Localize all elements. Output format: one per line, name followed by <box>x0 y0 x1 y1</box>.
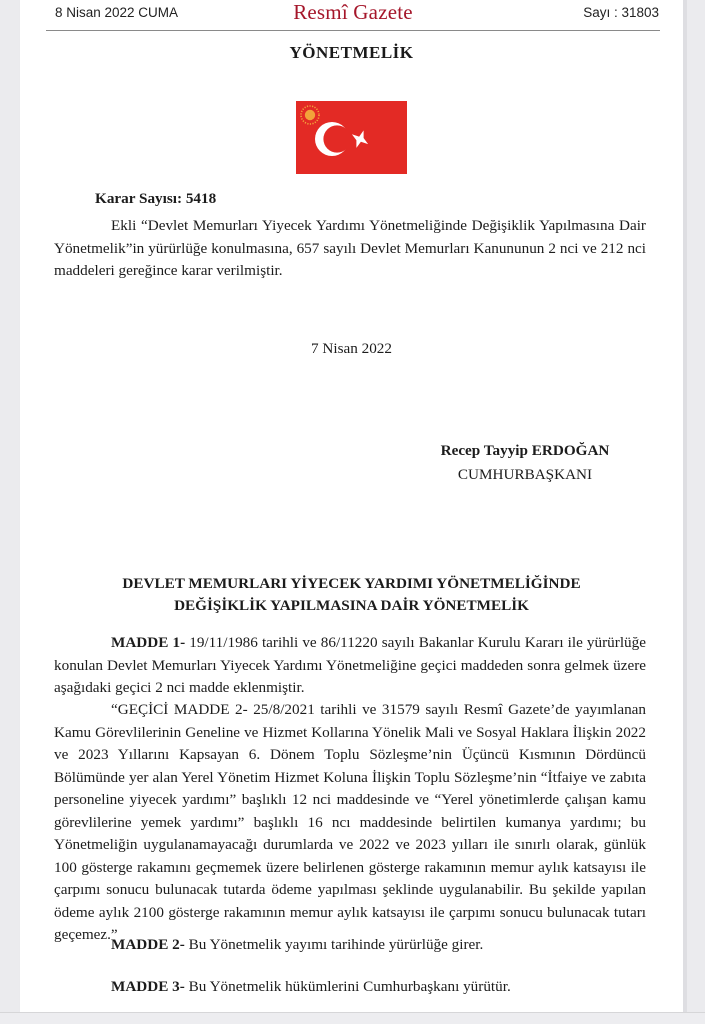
article-3-label: MADDE 3- <box>111 978 185 995</box>
regulation-title-line-2: DEĞİŞİKLİK YAPILMASINA DAİR YÖNETMELİK <box>20 595 683 618</box>
page-right-edge <box>683 0 687 1012</box>
article-3-text: Bu Yönetmelik hükümlerini Cumhurbaşkanı … <box>185 978 511 995</box>
decision-number: Karar Sayısı: 5418 <box>95 188 395 211</box>
signatory-title: CUMHURBAŞKANI <box>420 464 630 487</box>
article-1-label: MADDE 1- <box>111 634 185 651</box>
signatory-name: Recep Tayyip ERDOĞAN <box>420 440 630 463</box>
article-1: MADDE 1- 19/11/1986 tarihli ve 86/11220 … <box>54 632 646 700</box>
article-2-label: MADDE 2- <box>111 936 185 953</box>
document-type-heading: YÖNETMELİK <box>20 43 683 63</box>
gazette-title: Resmî Gazete <box>46 0 660 25</box>
article-2: MADDE 2- Bu Yönetmelik yayımı tarihinde … <box>54 934 646 957</box>
gazette-page: 8 Nisan 2022 CUMA Resmî Gazete Sayı : 31… <box>20 0 683 1012</box>
gazette-issue-number: Sayı : 31803 <box>583 5 659 20</box>
page-bottom-edge <box>0 1012 705 1024</box>
provisional-article-2-text: “GEÇİCİ MADDE 2- 25/8/2021 tarihli ve 31… <box>54 701 646 943</box>
provisional-article-2: “GEÇİCİ MADDE 2- 25/8/2021 tarihli ve 31… <box>54 699 646 947</box>
decision-date: 7 Nisan 2022 <box>20 338 683 361</box>
article-3: MADDE 3- Bu Yönetmelik hükümlerini Cumhu… <box>54 976 646 999</box>
gazette-header: 8 Nisan 2022 CUMA Resmî Gazete Sayı : 31… <box>46 0 660 31</box>
turkish-presidential-flag-icon <box>296 101 407 174</box>
decision-text: Ekli “Devlet Memurları Yiyecek Yardımı Y… <box>54 215 646 283</box>
regulation-title-line-1: DEVLET MEMURLARI YİYECEK YARDIMI YÖNETME… <box>20 573 683 596</box>
article-2-text: Bu Yönetmelik yayımı tarihinde yürürlüğe… <box>185 936 483 953</box>
